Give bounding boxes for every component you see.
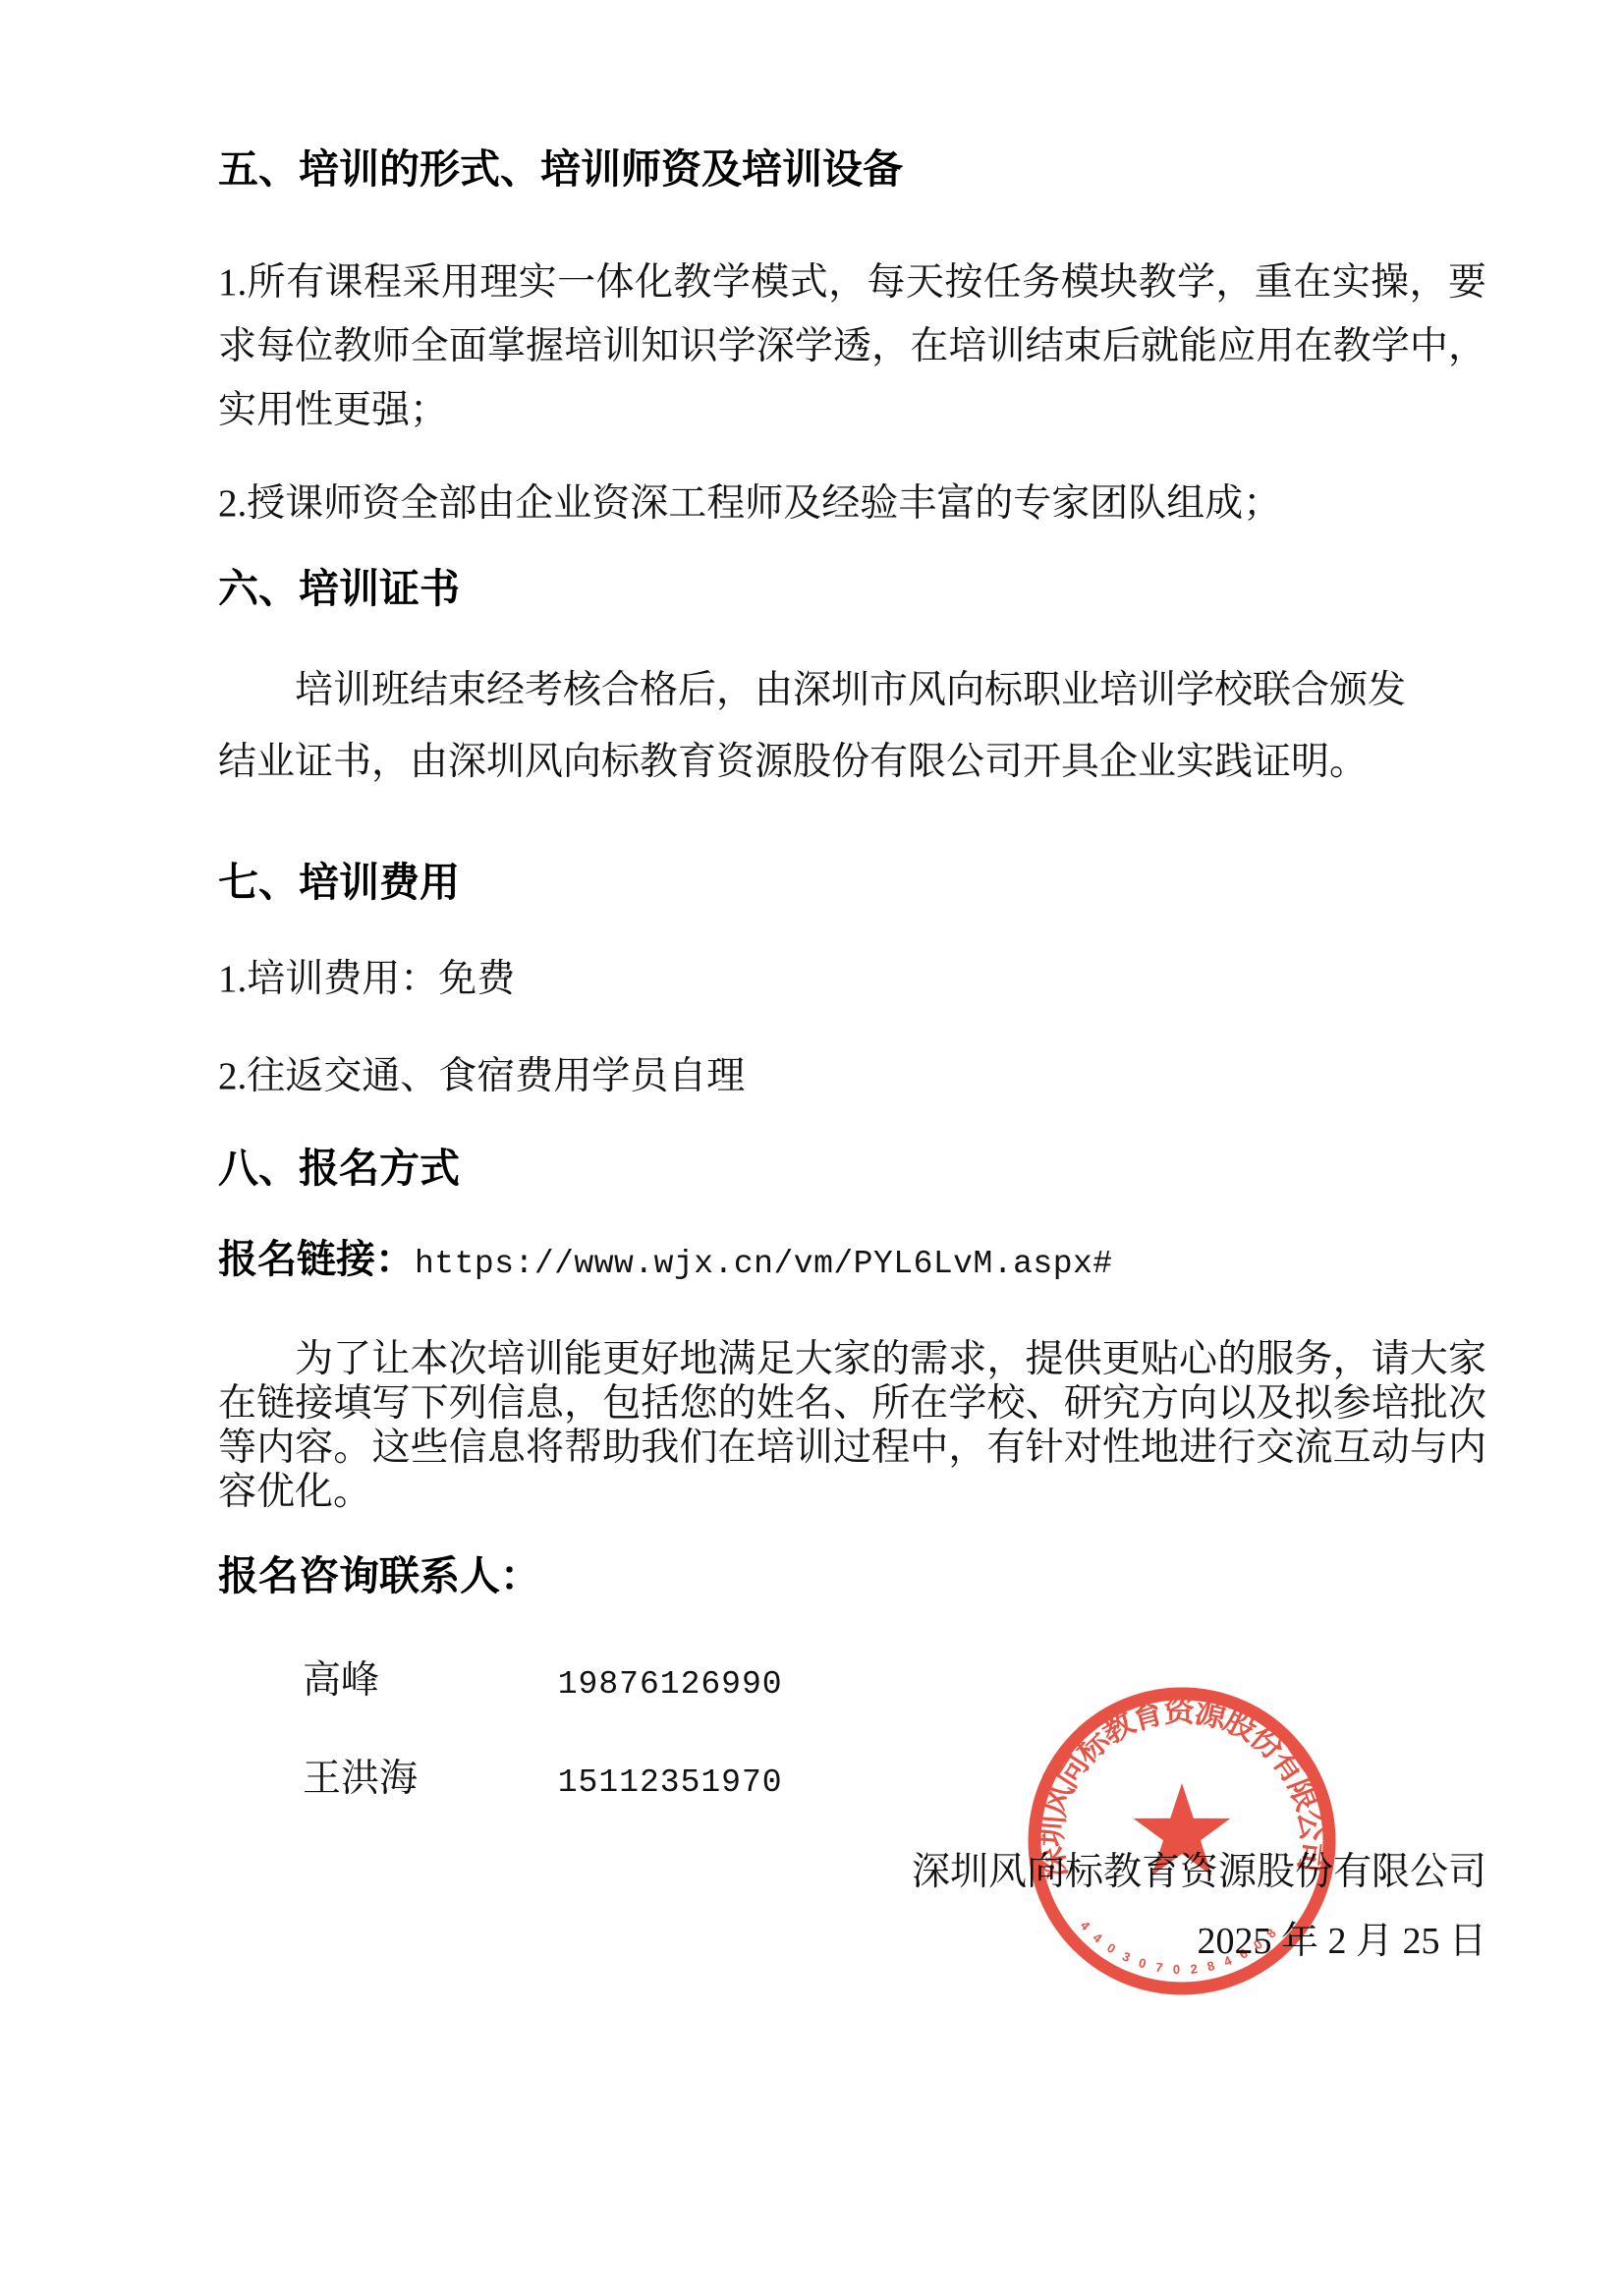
signup-link[interactable]: https://www.wjx.cn/vm/PYL6LvM.aspx# [415,1246,1113,1282]
section6-title: 六、培训证书 [218,565,1486,613]
signature-company: 深圳风向标教育资源股份有限公司 [218,1848,1486,1897]
signup-link-label: 报名链接： [218,1238,415,1281]
contact-phone: 15112351970 [558,1764,783,1801]
contact-row: 高峰 19876126990 [218,1657,1486,1708]
section7-item2: 2.往返交通、食宿费用学员自理 [218,1047,1486,1106]
section7-item1: 1.培训费用：免费 [218,950,1486,1009]
contact-row: 王洪海 15112351970 [218,1756,1486,1807]
signature-date: 2025 年 2 月 25 日 [218,1919,1486,1964]
section5-item2: 2.授课师资全部由企业资深工程师及经验丰富的专家团队组成； [218,472,1486,535]
section5-title: 五、培训的形式、培训师资及培训设备 [218,145,1486,194]
section7-title: 七、培训费用 [218,859,1486,907]
contacts-heading: 报名咨询联系人： [218,1552,1486,1600]
signup-note: 为了让本次培训能更好地满足大家的需求，提供更贴心的服务，请大家在链接填写下列信息… [218,1337,1486,1514]
signup-link-line: 报名链接：https://www.wjx.cn/vm/PYL6LvM.aspx# [218,1232,1486,1296]
signature-block: 深圳风向标教育资源股份有限公司 2025 年 2 月 25 日 [218,1848,1486,1964]
document-page: 五、培训的形式、培训师资及培训设备 1.所有课程采用理实一体化教学模式，每天按任… [0,0,1624,2295]
contact-phone: 19876126990 [558,1666,783,1703]
contact-name: 高峰 [303,1657,548,1705]
contact-name: 王洪海 [303,1756,548,1803]
section6-line2: 结业证书，由深圳风向标教育资源股份有限公司开具企业实践证明。 [218,726,1486,798]
section6-line1: 培训班结束经考核合格后，由深圳市风向标职业培训学校联合颁发 [218,654,1486,726]
section8-title: 八、报名方式 [218,1145,1486,1193]
section6-body: 培训班结束经考核合格后，由深圳市风向标职业培训学校联合颁发 结业证书，由深圳风向… [218,654,1486,798]
section5-item1: 1.所有课程采用理实一体化教学模式，每天按任务模块教学，重在实操，要求每位教师全… [218,251,1486,442]
